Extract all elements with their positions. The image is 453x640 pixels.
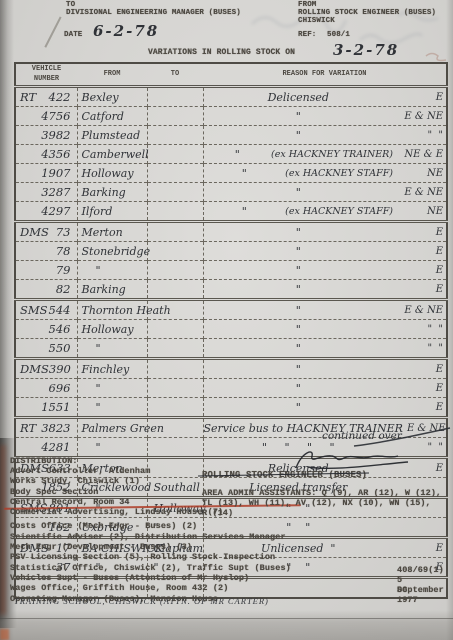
vehicle-prefix: RT bbox=[20, 90, 36, 104]
to-cell bbox=[147, 320, 203, 339]
vehicle-wrap: 78 bbox=[16, 244, 77, 258]
to-cell bbox=[147, 242, 203, 261]
paper-crease bbox=[44, 17, 61, 48]
from-value: " bbox=[78, 342, 101, 355]
reason-wrap: DelicensedE bbox=[204, 91, 447, 104]
form-initials: DC bbox=[397, 585, 407, 595]
reason-wrap: " " " "" " bbox=[204, 441, 447, 454]
to-value: DIVISIONAL ENGINEERING MANAGER (BUSES) bbox=[66, 9, 241, 17]
variation-code: E bbox=[397, 543, 446, 554]
variation-code: " " bbox=[397, 324, 446, 335]
vehicle-cell: 3982 bbox=[15, 126, 77, 145]
to-cell bbox=[147, 145, 203, 164]
to-cell bbox=[147, 183, 203, 202]
vehicle-cell: 78 bbox=[15, 242, 77, 261]
to-value bbox=[148, 245, 154, 258]
table-row: 3982Plumstead"" " bbox=[15, 126, 447, 145]
document-title: VARIATIONS IN ROLLING STOCK ON bbox=[148, 48, 295, 57]
reason-cell: DelicensedE bbox=[203, 87, 447, 107]
variation-code: " " bbox=[397, 130, 446, 141]
variation-code: E bbox=[397, 463, 446, 474]
to-cell bbox=[147, 164, 203, 183]
to-value bbox=[148, 148, 154, 161]
table-row: 1907Holloway"(ex HACKNEY STAFF)NE bbox=[15, 164, 447, 183]
from-cell: " bbox=[77, 398, 147, 418]
reason-cell: "(ex HACKNEY TRAINER)NE & E bbox=[203, 145, 447, 164]
vehicle-cell: 546 bbox=[15, 320, 77, 339]
vehicle-prefix: RT bbox=[20, 421, 36, 435]
column-header-reason: REASON FOR VARIATION bbox=[203, 63, 447, 87]
to-value bbox=[148, 167, 154, 180]
to-value bbox=[148, 129, 154, 142]
reason-cell: "(ex HACKNEY STAFF)NE bbox=[203, 164, 447, 183]
area-admin-assistants: AREA ADMIN ASSISTANTS: Q (9), AR (12), W… bbox=[202, 488, 453, 518]
variation-code: E bbox=[397, 402, 446, 413]
from-cell: " bbox=[77, 379, 147, 398]
reason-cell: "E bbox=[203, 222, 447, 242]
vehicle-prefix: DMS bbox=[20, 362, 49, 376]
ref-label: REF: bbox=[298, 31, 316, 39]
reason-text: " bbox=[204, 382, 394, 395]
reason-text: " bbox=[204, 226, 394, 239]
vehicle-wrap: 1907 bbox=[16, 166, 77, 180]
to-value bbox=[148, 283, 154, 296]
from-cell: " bbox=[77, 438, 147, 458]
distribution-list: Advert Controller, AldenhamWorks Study, … bbox=[10, 466, 291, 604]
table-row: 82Barking"E bbox=[15, 280, 447, 300]
vehicle-number: 696 bbox=[49, 381, 71, 395]
vehicle-cell: 3287 bbox=[15, 183, 77, 202]
reason-text: " bbox=[204, 342, 394, 355]
reason-text: " bbox=[204, 148, 272, 161]
vehicle-number: 3823 bbox=[41, 421, 70, 435]
vehicle-wrap: SMS544 bbox=[16, 303, 77, 317]
table-row: 4756Catford"E & NE bbox=[15, 107, 447, 126]
variation-code: NE bbox=[397, 168, 446, 179]
variation-code: E bbox=[397, 227, 446, 238]
table-row: 4356Camberwell"(ex HACKNEY TRAINER)NE & … bbox=[15, 145, 447, 164]
reason-text: " bbox=[204, 205, 286, 218]
from-cell: Holloway bbox=[77, 320, 147, 339]
variation-code: E & NE bbox=[407, 423, 449, 434]
vehicle-cell: 696 bbox=[15, 379, 77, 398]
signature-title: ROLLING STOCK ENGINEER (BUSES) bbox=[202, 470, 367, 480]
column-header-to: TO bbox=[147, 63, 203, 87]
area-admin-line: TL (13), WH (11), AV (12), NX (10), WN (… bbox=[202, 498, 453, 508]
vehicle-number: 78 bbox=[56, 244, 71, 258]
from-cell: " bbox=[77, 261, 147, 280]
reason-cell: "E & NE bbox=[203, 183, 447, 202]
variation-code: NE bbox=[397, 206, 446, 217]
from-cell: Stonebridge bbox=[77, 242, 147, 261]
reason-text: " bbox=[204, 264, 394, 277]
vehicle-number: 1551 bbox=[41, 400, 70, 414]
reason-note: (ex HACKNEY STAFF) bbox=[285, 168, 397, 179]
vehicle-number: 4756 bbox=[41, 109, 70, 123]
variation-code: E bbox=[397, 92, 446, 103]
vehicle-number: 3287 bbox=[41, 185, 70, 199]
from-cell: Palmers Green bbox=[77, 418, 147, 438]
distribution-title: DISTRIBUTION: bbox=[10, 456, 78, 466]
reason-wrap: "E bbox=[204, 264, 447, 277]
from-value: Barking bbox=[78, 283, 126, 296]
to-cell bbox=[147, 398, 203, 418]
from-cell: Ilford bbox=[77, 202, 147, 222]
reason-wrap: "(ex HACKNEY TRAINER)NE & E bbox=[204, 148, 447, 161]
reason-text: " bbox=[204, 129, 394, 142]
vehicle-number: 79 bbox=[56, 263, 71, 277]
variation-code: E bbox=[397, 364, 446, 375]
reason-wrap: "E & NE bbox=[204, 304, 447, 317]
to-cell bbox=[147, 359, 203, 379]
from-value: Catford bbox=[78, 110, 124, 123]
reason-text: " bbox=[204, 186, 394, 199]
reason-text: " bbox=[204, 363, 394, 376]
to-value bbox=[148, 441, 154, 454]
from-value: Stonebridge bbox=[78, 245, 151, 258]
reason-note: (ex HACKNEY STAFF) bbox=[285, 206, 397, 217]
vehicle-wrap: RT3823 bbox=[16, 421, 77, 435]
to-value bbox=[148, 226, 154, 239]
vehicle-cell: 79 bbox=[15, 261, 77, 280]
vehicle-wrap: 546 bbox=[16, 322, 77, 336]
reason-wrap: "E bbox=[204, 245, 447, 258]
from-value: Merton bbox=[78, 226, 123, 239]
variation-code: E bbox=[397, 383, 446, 394]
scanned-document-page: TO DIVISIONAL ENGINEERING MANAGER (BUSES… bbox=[0, 0, 453, 640]
reason-cell: "E & NE bbox=[203, 300, 447, 320]
continued-over-note: continued over bbox=[322, 430, 402, 442]
reason-wrap: "E bbox=[204, 363, 447, 376]
vehicle-number: 550 bbox=[49, 341, 71, 355]
vehicle-wrap: 4281 bbox=[16, 440, 77, 454]
reason-wrap: "E bbox=[204, 401, 447, 414]
column-header-vehicle-number: VEHICLE NUMBER bbox=[15, 63, 77, 87]
table-row: DMS73Merton"E bbox=[15, 222, 447, 242]
variation-code: E bbox=[397, 284, 446, 295]
distribution-item: Vehicles Supt - Buses (Attention of Mr H… bbox=[10, 573, 291, 583]
reason-cell: "(ex HACKNEY STAFF)NE bbox=[203, 202, 447, 222]
reason-wrap: "E & NE bbox=[204, 186, 447, 199]
to-cell bbox=[147, 126, 203, 145]
variation-code: NE & E bbox=[397, 149, 446, 160]
vehicle-prefix: DMS bbox=[20, 225, 49, 239]
vehicle-wrap: 3287 bbox=[16, 185, 77, 199]
date-label: DATE bbox=[64, 31, 82, 39]
to-cell bbox=[147, 280, 203, 300]
vehicle-cell: 1551 bbox=[15, 398, 77, 418]
to-cell bbox=[147, 107, 203, 126]
from-value: Plumstead bbox=[78, 129, 141, 142]
table-header-row: VEHICLE NUMBER FROM TO REASON FOR VARIAT… bbox=[15, 63, 447, 87]
reason-text: " bbox=[204, 283, 394, 296]
from-value: Finchley bbox=[78, 363, 130, 376]
scan-bottom-band bbox=[0, 610, 453, 640]
from-value: Barking bbox=[78, 186, 126, 199]
reason-wrap: "(ex HACKNEY STAFF)NE bbox=[204, 167, 447, 180]
reason-text: Delicensed bbox=[204, 91, 394, 104]
reason-text: " bbox=[204, 245, 394, 258]
from-cell: Bexley bbox=[77, 87, 147, 107]
vehicle-number: 4281 bbox=[41, 440, 70, 454]
from-value: " bbox=[78, 382, 101, 395]
area-admin-line: R (14) bbox=[202, 508, 453, 518]
reason-note: (ex HACKNEY TRAINER) bbox=[271, 149, 397, 160]
vehicle-wrap: DMS73 bbox=[16, 225, 77, 239]
table-row: SMS544Thornton Heath"E & NE bbox=[15, 300, 447, 320]
vehicle-cell: 4281 bbox=[15, 438, 77, 458]
to-label: TO bbox=[66, 1, 75, 9]
to-cell bbox=[147, 202, 203, 222]
table-row: DMS390Finchley"E bbox=[15, 359, 447, 379]
from-cell: Holloway bbox=[77, 164, 147, 183]
from-value: Thornton Heath bbox=[78, 304, 171, 317]
reason-text: " bbox=[204, 401, 394, 414]
vehicle-cell: DMS390 bbox=[15, 359, 77, 379]
table-row: 79""E bbox=[15, 261, 447, 280]
distribution-item: Wages Office, Griffith House, Room 432 (… bbox=[10, 583, 291, 593]
table-row: 3287Barking"E & NE bbox=[15, 183, 447, 202]
reason-cell: "E bbox=[203, 379, 447, 398]
table-row: 696""E bbox=[15, 379, 447, 398]
vehicle-number: 3982 bbox=[41, 128, 70, 142]
reason-text: " bbox=[204, 167, 286, 180]
vehicle-number: 422 bbox=[49, 90, 71, 104]
variation-code: E bbox=[397, 265, 446, 276]
vehicle-wrap: 4756 bbox=[16, 109, 77, 123]
date-handwritten: 6-2-78 bbox=[93, 22, 159, 40]
to-value bbox=[148, 363, 154, 376]
to-value bbox=[148, 401, 154, 414]
from-label: FROM bbox=[298, 1, 316, 9]
reason-wrap: "E & NE bbox=[204, 110, 447, 123]
vehicle-number: 544 bbox=[49, 303, 71, 317]
to-value bbox=[148, 342, 154, 355]
reason-cell: "" " bbox=[203, 339, 447, 359]
distribution-item: Mech Engr (Development - Buses) (3) bbox=[10, 542, 291, 552]
from-cell: Barking bbox=[77, 280, 147, 300]
vehicle-number: 390 bbox=[49, 362, 71, 376]
distribution-item: Scientific Adviser (2), Distribution Ser… bbox=[10, 532, 291, 542]
table-row: 78Stonebridge"E bbox=[15, 242, 447, 261]
vehicle-wrap: 550 bbox=[16, 341, 77, 355]
reason-wrap: "" " bbox=[204, 129, 447, 142]
reason-wrap: "(ex HACKNEY STAFF)NE bbox=[204, 205, 447, 218]
reason-cell: "" " bbox=[203, 126, 447, 145]
from-value-location: CHISWICK bbox=[298, 17, 335, 25]
reason-cell: "" " bbox=[203, 320, 447, 339]
reason-text: " bbox=[204, 304, 394, 317]
vehicle-number: 4356 bbox=[41, 147, 70, 161]
to-value bbox=[148, 205, 154, 218]
vehicle-number: 4297 bbox=[41, 204, 70, 218]
from-value: " bbox=[78, 401, 101, 414]
from-value: Holloway bbox=[78, 167, 134, 180]
table-row: 546Holloway"" " bbox=[15, 320, 447, 339]
document-title-date-handwritten: 3-2-78 bbox=[333, 41, 399, 59]
vehicle-number: 1907 bbox=[41, 166, 70, 180]
variation-code: E & NE bbox=[397, 187, 446, 198]
reason-wrap: "E bbox=[204, 283, 447, 296]
to-cell bbox=[147, 379, 203, 398]
vehicle-cell: DMS73 bbox=[15, 222, 77, 242]
from-cell: Plumstead bbox=[77, 126, 147, 145]
to-value bbox=[148, 110, 154, 123]
table-row: 1551""E bbox=[15, 398, 447, 418]
from-cell: Catford bbox=[77, 107, 147, 126]
vehicle-cell: RT3823 bbox=[15, 418, 77, 438]
reason-cell: "E bbox=[203, 280, 447, 300]
reason-cell: "E bbox=[203, 242, 447, 261]
to-value bbox=[148, 304, 154, 317]
reason-text: " bbox=[204, 110, 394, 123]
vehicle-number: 73 bbox=[56, 225, 71, 239]
to-cell bbox=[147, 438, 203, 458]
reason-cell: "E & NE bbox=[203, 107, 447, 126]
vehicle-wrap: 4297 bbox=[16, 204, 77, 218]
vehicle-wrap: 82 bbox=[16, 282, 77, 296]
variation-code: E bbox=[397, 246, 446, 257]
from-value: " bbox=[78, 441, 101, 454]
reason-wrap: "" " bbox=[204, 323, 447, 336]
from-cell: " bbox=[77, 339, 147, 359]
table-row: 550""" " bbox=[15, 339, 447, 359]
reason-cell: "E bbox=[203, 359, 447, 379]
to-value bbox=[148, 323, 154, 336]
from-cell: Merton bbox=[77, 222, 147, 242]
area-admin-line: AREA ADMIN ASSISTANTS: Q (9), AR (12), W… bbox=[202, 488, 453, 498]
vehicle-wrap: 79 bbox=[16, 263, 77, 277]
from-value: Bexley bbox=[78, 91, 119, 104]
to-cell bbox=[147, 261, 203, 280]
vehicle-prefix: SMS bbox=[20, 303, 48, 317]
from-value: Camberwell bbox=[78, 148, 149, 161]
vehicle-wrap: DMS390 bbox=[16, 362, 77, 376]
to-value bbox=[148, 186, 154, 199]
from-cell: Barking bbox=[77, 183, 147, 202]
table-row: 4297Ilford"(ex HACKNEY STAFF)NE bbox=[15, 202, 447, 222]
distribution-item: Costs Office (Mech Engr - Buses) (2) bbox=[10, 521, 291, 531]
table-row: RT422BexleyDelicensedE bbox=[15, 87, 447, 107]
vehicle-wrap: 3982 bbox=[16, 128, 77, 142]
ref-value: 508/1 bbox=[327, 31, 350, 39]
scan-bottom-crease-line bbox=[0, 618, 453, 619]
reason-cell: "E bbox=[203, 398, 447, 418]
from-value: Ilford bbox=[78, 205, 113, 218]
vehicle-cell: 4756 bbox=[15, 107, 77, 126]
vehicle-wrap: 4356 bbox=[16, 147, 77, 161]
to-value bbox=[148, 264, 154, 277]
from-cell: Finchley bbox=[77, 359, 147, 379]
vehicle-number: 82 bbox=[56, 282, 71, 296]
from-cell: Camberwell bbox=[77, 145, 147, 164]
variation-code: E & NE bbox=[397, 305, 446, 316]
vehicle-cell: 4297 bbox=[15, 202, 77, 222]
reason-text: " " " " bbox=[204, 441, 394, 454]
form-reference: 408/69(1) bbox=[397, 565, 444, 575]
column-header-from: FROM bbox=[77, 63, 147, 87]
vehicle-cell: RT422 bbox=[15, 87, 77, 107]
reason-wrap: "E bbox=[204, 226, 447, 239]
to-value bbox=[148, 422, 154, 435]
from-cell: Thornton Heath bbox=[77, 300, 147, 320]
vehicle-cell: 4356 bbox=[15, 145, 77, 164]
to-cell bbox=[147, 222, 203, 242]
reason-wrap: "E bbox=[204, 382, 447, 395]
vehicle-cell: 1907 bbox=[15, 164, 77, 183]
handwritten-distribution-note: TRAINING SCHOOL, CHISWICK (ATTN. OF MR C… bbox=[14, 596, 269, 606]
variation-code: " " bbox=[397, 442, 446, 453]
reason-text: " bbox=[204, 323, 394, 336]
to-cell bbox=[147, 339, 203, 359]
vehicle-wrap: 1551 bbox=[16, 400, 77, 414]
reason-cell: "E bbox=[203, 261, 447, 280]
distribution-item: PSV Licensing Section (5), Rolling Stock… bbox=[10, 552, 291, 562]
vehicle-wrap: 696 bbox=[16, 381, 77, 395]
vehicle-wrap: RT422 bbox=[16, 90, 77, 104]
scan-corner-mark bbox=[0, 629, 9, 640]
to-value bbox=[148, 382, 154, 395]
from-value: " bbox=[78, 264, 101, 277]
vehicle-number: 546 bbox=[49, 322, 71, 336]
vehicle-cell: 82 bbox=[15, 280, 77, 300]
distribution-item: Statistical Office, Chiswick (2), Traffi… bbox=[10, 563, 291, 573]
scan-red-edge bbox=[0, 445, 6, 615]
from-value: ROLLING STOCK ENGINEER (BUSES) bbox=[298, 9, 436, 17]
variation-code: E & NE bbox=[397, 111, 446, 122]
vehicle-cell: 550 bbox=[15, 339, 77, 359]
to-cell bbox=[147, 87, 203, 107]
reason-wrap: "" " bbox=[204, 342, 447, 355]
vehicle-cell: SMS544 bbox=[15, 300, 77, 320]
from-value: Holloway bbox=[78, 323, 134, 336]
to-value bbox=[148, 91, 154, 104]
variation-code: " " bbox=[397, 343, 446, 354]
